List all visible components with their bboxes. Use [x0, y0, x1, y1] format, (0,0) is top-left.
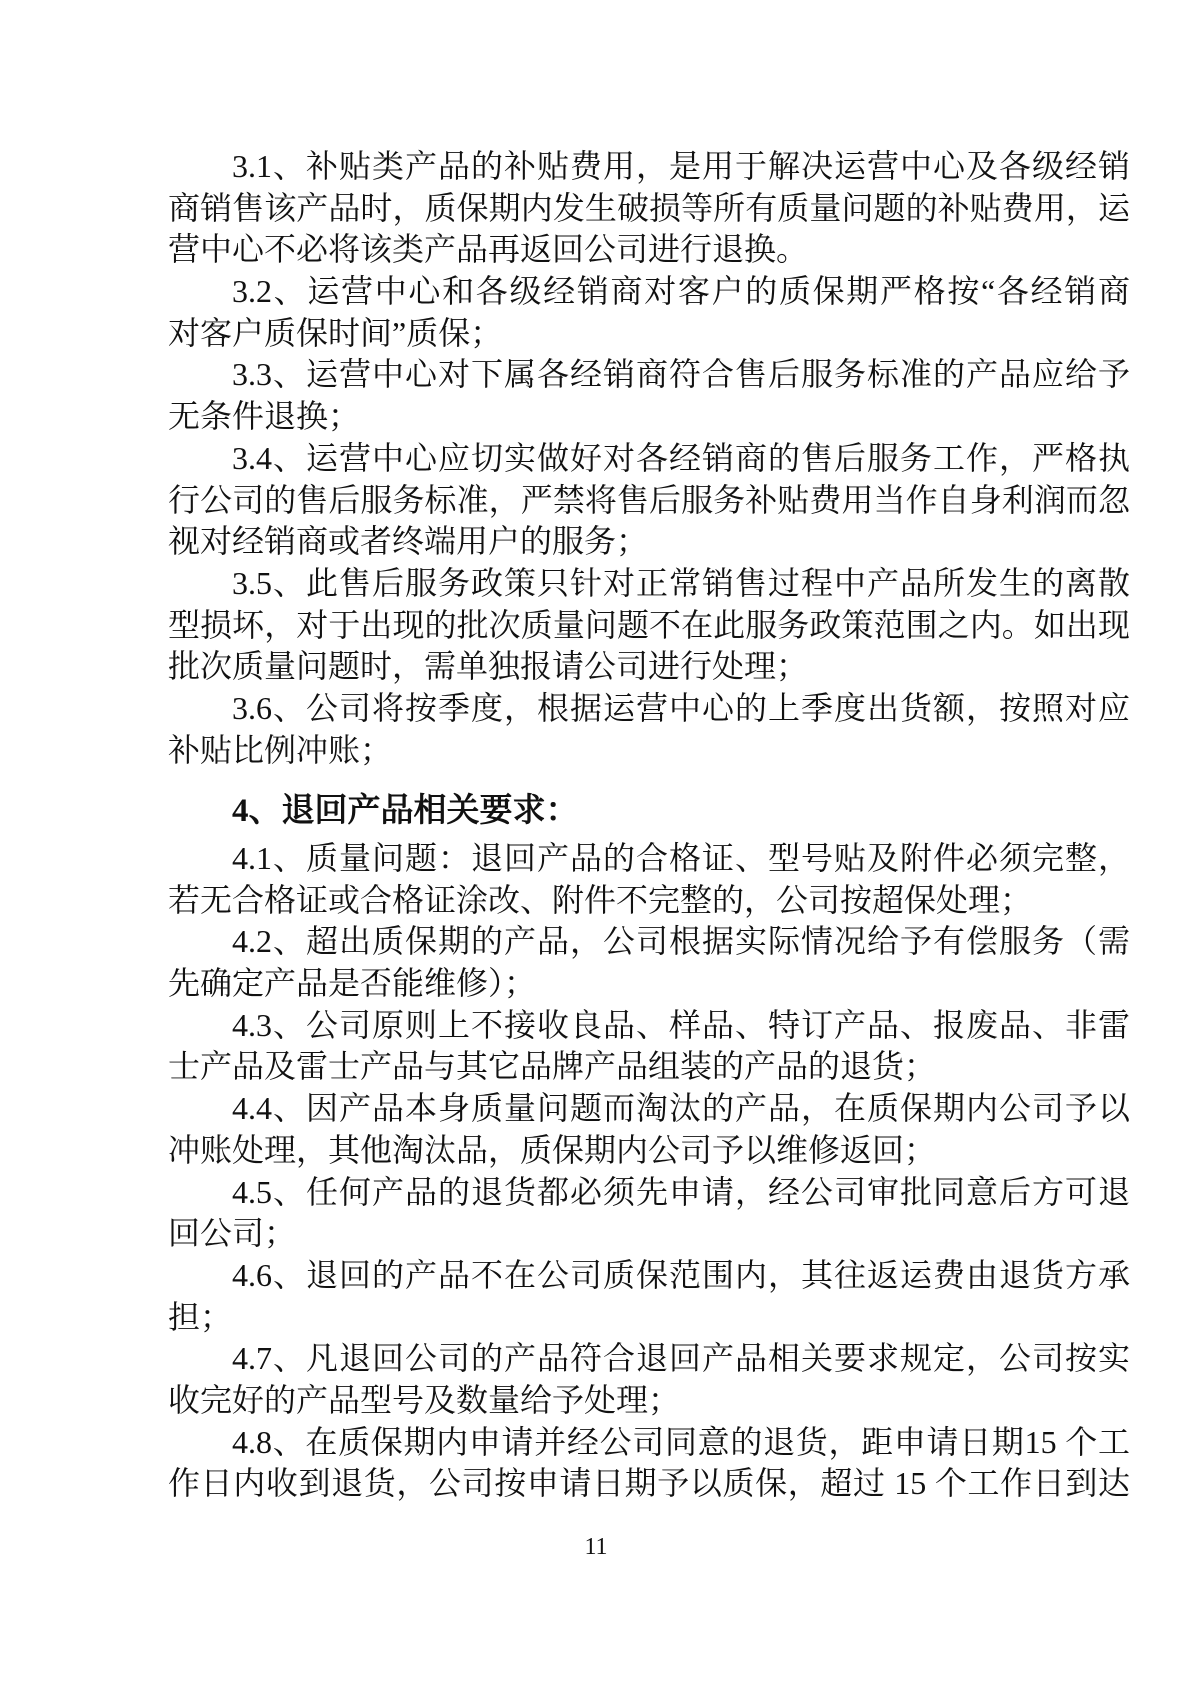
- paragraph-3-6: 3.6、公司将按季度，根据运营中心的上季度出货额，按照对应 补贴比例冲账；: [168, 688, 1130, 771]
- paragraph-3-5: 3.5、此售后服务政策只针对正常销售过程中产品所发生的离散 型损坏，对于出现的批…: [168, 563, 1130, 688]
- text-line: 4.5、任何产品的退货都必须先申请，经公司审批同意后方可退: [168, 1172, 1130, 1214]
- text-line: 商销售该产品时，质保期内发生破损等所有质量问题的补贴费用，运: [168, 188, 1130, 230]
- text-line: 回公司；: [168, 1213, 1130, 1255]
- document-page: 3.1、补贴类产品的补贴费用，是用于解决运营中心及各级经销 商销售该产品时，质保…: [0, 0, 1192, 1685]
- page-number: 11: [0, 1534, 1192, 1561]
- text-line: 4.4、因产品本身质量问题而淘汰的产品，在质保期内公司予以: [168, 1088, 1130, 1130]
- text-line: 型损坏，对于出现的批次质量问题不在此服务政策范围之内。如出现: [168, 605, 1130, 647]
- text-line: 3.5、此售后服务政策只针对正常销售过程中产品所发生的离散: [168, 563, 1130, 605]
- paragraph-4-2: 4.2、超出质保期的产品，公司根据实际情况给予有偿服务（需 先确定产品是否能维修…: [168, 921, 1130, 1004]
- paragraph-4-4: 4.4、因产品本身质量问题而淘汰的产品，在质保期内公司予以 冲账处理，其他淘汰品…: [168, 1088, 1130, 1171]
- paragraph-4-5: 4.5、任何产品的退货都必须先申请，经公司审批同意后方可退 回公司；: [168, 1172, 1130, 1255]
- text-line: 行公司的售后服务标准，严禁将售后服务补贴费用当作自身利润而忽: [168, 480, 1130, 522]
- text-line: 4.3、公司原则上不接收良品、样品、特订产品、报废品、非雷: [168, 1005, 1130, 1047]
- text-line: 担；: [168, 1297, 1130, 1339]
- text-line: 冲账处理，其他淘汰品，质保期内公司予以维修返回；: [168, 1130, 1130, 1172]
- text-line: 3.6、公司将按季度，根据运营中心的上季度出货额，按照对应: [168, 688, 1130, 730]
- paragraph-4-7: 4.7、凡退回公司的产品符合退回产品相关要求规定，公司按实 收完好的产品型号及数…: [168, 1338, 1130, 1421]
- text-line: 4.2、超出质保期的产品，公司根据实际情况给予有偿服务（需: [168, 921, 1130, 963]
- text-line: 4.8、在质保期内申请并经公司同意的退货，距申请日期15 个工: [168, 1422, 1130, 1464]
- text-line: 收完好的产品型号及数量给予处理；: [168, 1380, 1130, 1422]
- text-line: 4.6、退回的产品不在公司质保范围内，其往返运费由退货方承: [168, 1255, 1130, 1297]
- text-line: 3.4、运营中心应切实做好对各经销商的售后服务工作，严格执: [168, 438, 1130, 480]
- text-line: 营中心不必将该类产品再返回公司进行退换。: [168, 229, 1130, 271]
- paragraph-4-1: 4.1、质量问题：退回产品的合格证、型号贴及附件必须完整， 若无合格证或合格证涂…: [168, 838, 1130, 921]
- paragraph-3-3: 3.3、运营中心对下属各经销商符合售后服务标准的产品应给予 无条件退换；: [168, 354, 1130, 437]
- text-line: 无条件退换；: [168, 396, 1130, 438]
- paragraph-3-2: 3.2、运营中心和各级经销商对客户的质保期严格按“各经销商 对客户质保时间”质保…: [168, 271, 1130, 354]
- paragraph-4-3: 4.3、公司原则上不接收良品、样品、特订产品、报废品、非雷 士产品及雷士产品与其…: [168, 1005, 1130, 1088]
- text-line: 3.2、运营中心和各级经销商对客户的质保期严格按“各经销商: [168, 271, 1130, 313]
- paragraph-4-6: 4.6、退回的产品不在公司质保范围内，其往返运费由退货方承 担；: [168, 1255, 1130, 1338]
- text-line: 若无合格证或合格证涂改、附件不完整的，公司按超保处理；: [168, 880, 1130, 922]
- text-line: 视对经销商或者终端用户的服务；: [168, 521, 1130, 563]
- paragraph-3-1: 3.1、补贴类产品的补贴费用，是用于解决运营中心及各级经销 商销售该产品时，质保…: [168, 146, 1130, 271]
- text-line: 3.3、运营中心对下属各经销商符合售后服务标准的产品应给予: [168, 354, 1130, 396]
- text-line: 4.7、凡退回公司的产品符合退回产品相关要求规定，公司按实: [168, 1338, 1130, 1380]
- section-heading: 4、退回产品相关要求：: [168, 791, 1130, 833]
- text-line: 3.1、补贴类产品的补贴费用，是用于解决运营中心及各级经销: [168, 146, 1130, 188]
- paragraph-3-4: 3.4、运营中心应切实做好对各经销商的售后服务工作，严格执 行公司的售后服务标准…: [168, 438, 1130, 563]
- text-line: 士产品及雷士产品与其它品牌产品组装的产品的退货；: [168, 1046, 1130, 1088]
- text-line: 作日内收到退货，公司按申请日期予以质保，超过 15 个工作日到达: [168, 1463, 1130, 1505]
- text-line: 批次质量问题时，需单独报请公司进行处理；: [168, 646, 1130, 688]
- text-line: 补贴比例冲账；: [168, 730, 1130, 772]
- text-line: 先确定产品是否能维修）；: [168, 963, 1130, 1005]
- text-line: 对客户质保时间”质保；: [168, 313, 1130, 355]
- document-body: 3.1、补贴类产品的补贴费用，是用于解决运营中心及各级经销 商销售该产品时，质保…: [168, 146, 1130, 1505]
- paragraph-4-8: 4.8、在质保期内申请并经公司同意的退货，距申请日期15 个工 作日内收到退货，…: [168, 1422, 1130, 1505]
- text-line: 4.1、质量问题：退回产品的合格证、型号贴及附件必须完整，: [168, 838, 1130, 880]
